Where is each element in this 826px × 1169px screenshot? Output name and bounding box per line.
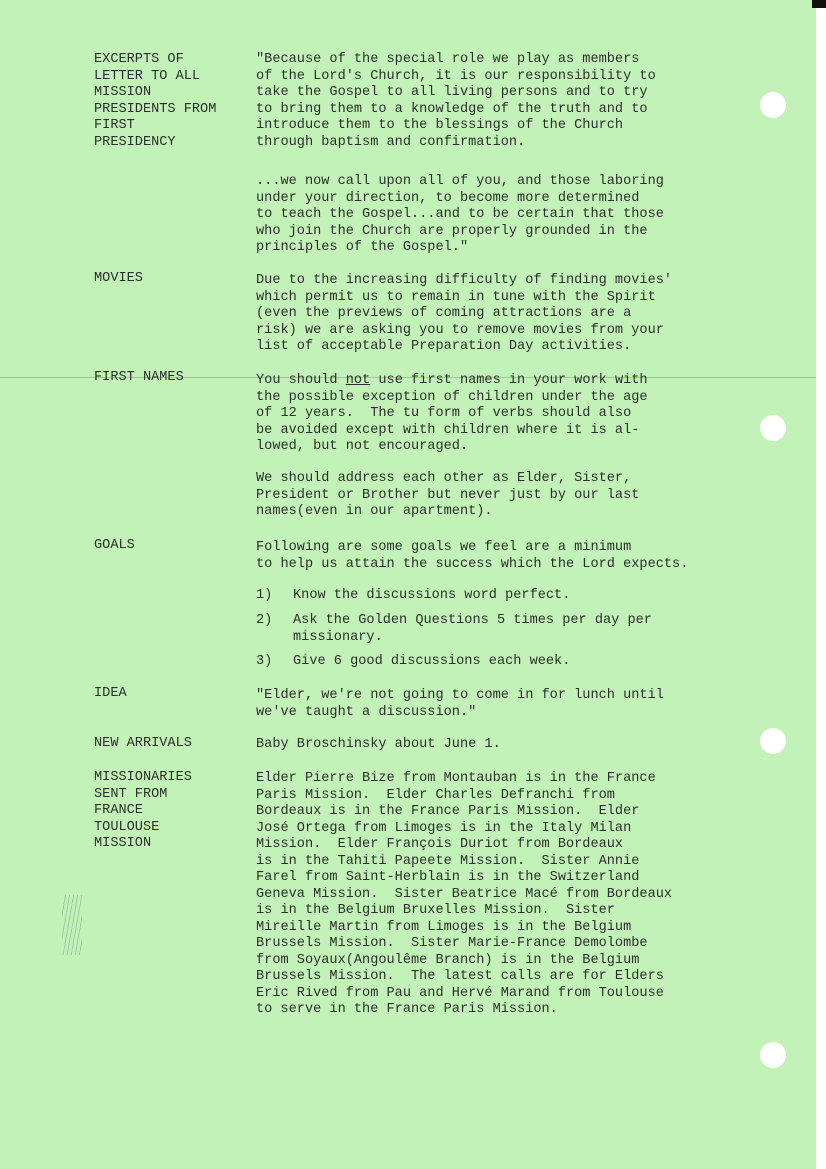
goals-intro: Following are some goals we feel are a m… xyxy=(256,540,688,573)
goal-text: Ask the Golden Questions 5 times per day… xyxy=(293,613,652,646)
section-label-missionaries-sent: MISSIONARIES SENT FROM FRANCE TOULOUSE M… xyxy=(94,770,192,853)
section-label-excerpts: EXCERPTS OF LETTER TO ALL MISSION PRESID… xyxy=(94,52,216,151)
section-label-movies: MOVIES xyxy=(94,271,143,288)
section-label-idea: IDEA xyxy=(94,686,127,703)
goal-text: Know the discussions word perfect. xyxy=(293,588,570,605)
section-label-new-arrivals: NEW ARRIVALS xyxy=(94,736,192,753)
goal-number: 2) xyxy=(256,613,293,630)
emphasis-not: not xyxy=(346,373,370,388)
idea-paragraph: "Elder, we're not going to come in for l… xyxy=(256,688,664,721)
excerpts-paragraph-1: "Because of the special role we play as … xyxy=(256,52,656,151)
first-names-paragraph-1: You should not use first names in your w… xyxy=(256,373,648,456)
first-names-paragraph-2: We should address each other as Elder, S… xyxy=(256,471,639,521)
scan-edge-mark xyxy=(812,0,826,8)
missionaries-sent-paragraph: Elder Pierre Bize from Montauban is in t… xyxy=(256,771,672,1019)
goal-number: 1) xyxy=(256,588,293,605)
goal-number: 3) xyxy=(256,654,293,671)
goal-item: 2)Ask the Golden Questions 5 times per d… xyxy=(256,613,652,646)
movies-paragraph: Due to the increasing difficulty of find… xyxy=(256,273,672,356)
punch-hole xyxy=(760,728,786,754)
punch-hole xyxy=(760,415,786,441)
goal-item: 3)Give 6 good discussions each week. xyxy=(256,654,570,671)
text-run: You should xyxy=(256,373,346,388)
ink-smudge xyxy=(62,895,82,955)
goal-item: 1)Know the discussions word perfect. xyxy=(256,588,570,605)
punch-hole xyxy=(760,1042,786,1068)
section-label-first-names: FIRST NAMES xyxy=(94,370,184,387)
page-edge xyxy=(816,0,826,1169)
new-arrivals-paragraph: Baby Broschinsky about June 1. xyxy=(256,737,501,754)
goal-text: Give 6 good discussions each week. xyxy=(293,654,570,671)
punch-hole xyxy=(760,92,786,118)
excerpts-paragraph-2: ...we now call upon all of you, and thos… xyxy=(256,174,664,257)
section-label-goals: GOALS xyxy=(94,538,135,555)
